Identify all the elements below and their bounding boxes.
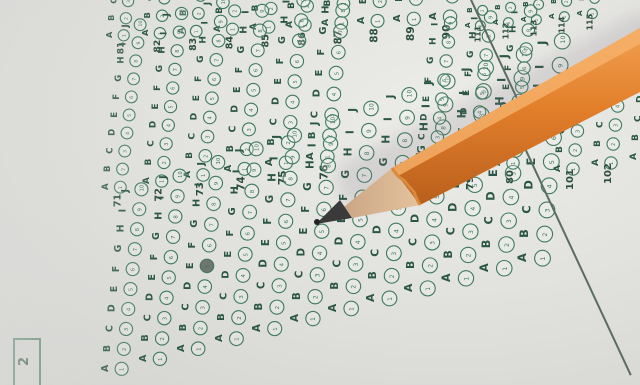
svg-text:C: C <box>595 121 605 128</box>
svg-text:A: A <box>327 303 339 312</box>
svg-text:7: 7 <box>171 236 177 239</box>
svg-text:F: F <box>194 76 204 82</box>
svg-text:4: 4 <box>203 285 209 289</box>
svg-text:6: 6 <box>129 96 135 99</box>
svg-text:9: 9 <box>489 16 495 19</box>
svg-text:I: I <box>345 130 357 134</box>
svg-text:79: 79 <box>465 176 476 190</box>
svg-text:9: 9 <box>177 31 183 34</box>
svg-text:B: B <box>291 292 303 300</box>
svg-text:B: B <box>103 165 113 172</box>
svg-text:A: A <box>100 364 111 372</box>
svg-text:2: 2 <box>122 348 128 351</box>
svg-text:2: 2 <box>120 168 126 171</box>
svg-text:F: F <box>153 85 163 91</box>
svg-text:8: 8 <box>299 19 305 23</box>
svg-text:2: 2 <box>196 12 202 15</box>
svg-text:88: 88 <box>369 28 381 42</box>
svg-text:F: F <box>112 94 122 100</box>
svg-text:3: 3 <box>164 143 170 146</box>
svg-text:G: G <box>196 55 206 62</box>
page-number: 2 <box>17 357 32 366</box>
svg-text:84: 84 <box>224 36 235 50</box>
svg-text:5: 5 <box>205 265 211 268</box>
svg-text:10: 10 <box>221 0 227 4</box>
svg-text:G: G <box>189 220 200 228</box>
svg-text:2: 2 <box>313 295 319 299</box>
svg-text:1: 1 <box>350 307 356 311</box>
svg-text:D: D <box>371 225 384 234</box>
svg-text:89: 89 <box>405 26 417 41</box>
svg-text:6: 6 <box>207 243 213 247</box>
svg-text:G: G <box>227 207 238 215</box>
svg-text:A: A <box>305 152 316 160</box>
svg-text:10: 10 <box>140 185 146 192</box>
svg-text:1: 1 <box>194 30 200 33</box>
svg-text:2: 2 <box>504 243 511 247</box>
svg-text:B: B <box>307 132 318 140</box>
svg-text:1: 1 <box>118 186 124 189</box>
svg-text:4: 4 <box>332 92 338 96</box>
svg-text:B: B <box>140 334 151 341</box>
svg-text:H: H <box>115 224 126 232</box>
svg-text:J: J <box>535 41 549 46</box>
svg-text:3: 3 <box>239 295 245 299</box>
svg-text:5: 5 <box>440 98 446 101</box>
svg-text:H: H <box>229 186 240 194</box>
svg-text:78: 78 <box>425 182 436 196</box>
svg-text:A: A <box>440 273 453 282</box>
svg-text:F: F <box>504 65 514 71</box>
svg-text:5: 5 <box>251 89 257 92</box>
svg-text:6: 6 <box>337 50 343 54</box>
svg-text:1: 1 <box>471 168 477 171</box>
svg-text:G: G <box>466 51 476 58</box>
svg-text:8: 8 <box>341 9 347 13</box>
svg-text:C: C <box>406 238 419 246</box>
svg-text:6: 6 <box>171 87 177 90</box>
svg-text:115: 115 <box>585 13 594 30</box>
svg-text:J: J <box>196 162 207 167</box>
svg-text:C: C <box>218 292 229 299</box>
svg-text:A: A <box>428 12 439 20</box>
svg-text:1: 1 <box>425 287 432 291</box>
svg-text:3: 3 <box>201 305 207 309</box>
svg-text:C: C <box>146 140 156 146</box>
svg-text:A: A <box>364 293 377 302</box>
page-number-box: 2 <box>13 338 41 385</box>
svg-text:4: 4 <box>125 132 131 135</box>
svg-text:3: 3 <box>613 124 619 127</box>
svg-text:4: 4 <box>291 100 297 104</box>
svg-text:4: 4 <box>470 207 477 211</box>
svg-text:E: E <box>185 262 196 269</box>
svg-text:5: 5 <box>320 229 326 233</box>
svg-text:2: 2 <box>203 155 209 158</box>
svg-text:H: H <box>116 56 126 63</box>
svg-text:71: 71 <box>112 194 123 207</box>
svg-text:I: I <box>232 170 243 174</box>
svg-text:10: 10 <box>180 9 186 15</box>
svg-text:B: B <box>593 140 603 147</box>
svg-text:G: G <box>265 195 276 203</box>
svg-text:I: I <box>241 10 252 13</box>
svg-text:C: C <box>256 282 267 289</box>
svg-text:B: B <box>631 134 640 141</box>
svg-text:G: G <box>426 57 436 64</box>
svg-text:J: J <box>272 135 283 140</box>
svg-text:D: D <box>447 203 460 212</box>
svg-text:H: H <box>320 5 331 13</box>
svg-text:4: 4 <box>318 251 324 255</box>
svg-text:A: A <box>104 31 114 38</box>
svg-text:J: J <box>162 13 172 17</box>
svg-text:B: B <box>442 250 455 258</box>
svg-text:6: 6 <box>442 79 448 82</box>
svg-text:A: A <box>101 183 111 190</box>
svg-text:E: E <box>487 169 500 177</box>
svg-text:9: 9 <box>449 22 455 25</box>
svg-text:2: 2 <box>237 316 243 320</box>
svg-text:1: 1 <box>387 297 394 301</box>
svg-text:8: 8 <box>173 215 179 219</box>
svg-text:D: D <box>221 270 232 278</box>
svg-text:8: 8 <box>250 189 256 193</box>
svg-text:4: 4 <box>241 274 247 278</box>
svg-text:7: 7 <box>484 54 490 57</box>
svg-text:2: 2 <box>199 327 205 330</box>
svg-text:5: 5 <box>396 206 403 210</box>
svg-text:1: 1 <box>201 174 207 177</box>
svg-text:7: 7 <box>210 223 216 226</box>
svg-text:1: 1 <box>230 28 236 31</box>
svg-text:7: 7 <box>324 186 330 190</box>
svg-text:5: 5 <box>243 253 249 257</box>
svg-text:C: C <box>268 118 279 125</box>
svg-text:H: H <box>238 26 249 34</box>
svg-text:5: 5 <box>169 105 175 108</box>
svg-text:F: F <box>275 58 286 65</box>
svg-text:1: 1 <box>376 20 382 23</box>
svg-text:E: E <box>449 181 462 189</box>
svg-text:I: I <box>307 143 319 147</box>
svg-text:I: I <box>156 196 167 200</box>
svg-text:80: 80 <box>505 170 516 184</box>
svg-text:F: F <box>187 242 198 249</box>
svg-text:E: E <box>422 96 432 102</box>
svg-text:B: B <box>549 0 558 4</box>
svg-text:E: E <box>192 95 202 101</box>
svg-text:C: C <box>144 0 154 1</box>
svg-text:2: 2 <box>414 0 420 1</box>
svg-text:3: 3 <box>354 262 360 266</box>
svg-text:B: B <box>577 0 586 1</box>
svg-text:5: 5 <box>618 86 624 89</box>
svg-text:112: 112 <box>501 23 510 40</box>
svg-text:I: I <box>270 156 281 160</box>
svg-text:F: F <box>263 218 274 225</box>
svg-text:E: E <box>261 239 272 246</box>
svg-text:A: A <box>515 253 529 262</box>
svg-text:3: 3 <box>277 284 283 288</box>
svg-text:4: 4 <box>616 105 622 108</box>
svg-text:E: E <box>411 193 424 200</box>
svg-text:5: 5 <box>129 288 135 291</box>
svg-text:102: 102 <box>603 163 614 184</box>
svg-text:1: 1 <box>273 327 279 331</box>
svg-text:G: G <box>155 65 165 72</box>
svg-text:1: 1 <box>412 18 418 21</box>
svg-text:C: C <box>444 227 457 235</box>
svg-text:2: 2 <box>542 233 549 237</box>
svg-text:6: 6 <box>322 208 328 212</box>
svg-text:H: H <box>191 199 202 207</box>
svg-text:7: 7 <box>286 198 292 202</box>
svg-text:8: 8 <box>135 228 141 231</box>
svg-text:C: C <box>368 249 381 257</box>
svg-text:C: C <box>105 148 115 154</box>
svg-text:C: C <box>108 0 118 4</box>
svg-text:6: 6 <box>169 255 175 259</box>
svg-text:10: 10 <box>216 157 222 164</box>
svg-text:A: A <box>575 10 584 16</box>
svg-text:1: 1 <box>502 267 509 271</box>
svg-text:E: E <box>314 69 325 76</box>
svg-text:E: E <box>109 286 120 292</box>
svg-text:G: G <box>277 36 288 44</box>
svg-text:5: 5 <box>282 241 288 245</box>
svg-text:A: A <box>629 153 639 160</box>
svg-text:D: D <box>522 180 536 189</box>
svg-text:10: 10 <box>293 130 299 138</box>
svg-text:E: E <box>151 103 161 109</box>
svg-text:4: 4 <box>547 184 554 188</box>
svg-text:F: F <box>424 77 434 83</box>
svg-text:3: 3 <box>316 273 322 277</box>
svg-text:9: 9 <box>367 129 373 133</box>
svg-text:6: 6 <box>254 69 260 72</box>
svg-text:2: 2 <box>160 337 166 340</box>
svg-text:B: B <box>102 345 113 352</box>
svg-text:H: H <box>279 16 290 24</box>
svg-text:F: F <box>300 206 312 213</box>
svg-text:8: 8 <box>288 177 294 181</box>
svg-text:A: A <box>553 165 563 172</box>
svg-text:2: 2 <box>352 285 358 289</box>
svg-text:D: D <box>145 293 156 301</box>
svg-text:1: 1 <box>160 180 166 183</box>
svg-text:G: G <box>236 46 247 54</box>
svg-text:111: 111 <box>473 25 482 42</box>
svg-text:G: G <box>113 244 124 252</box>
svg-text:9: 9 <box>214 181 220 185</box>
svg-text:I: I <box>160 32 170 35</box>
svg-text:4: 4 <box>280 262 286 266</box>
svg-text:3: 3 <box>206 135 212 138</box>
svg-text:7: 7 <box>173 68 179 71</box>
svg-text:D: D <box>312 89 323 97</box>
svg-text:E: E <box>147 274 158 281</box>
svg-text:D: D <box>409 214 422 223</box>
svg-text:A: A <box>392 14 403 22</box>
svg-text:F: F <box>225 230 236 237</box>
svg-text:5: 5 <box>167 276 173 279</box>
svg-text:H: H <box>342 148 354 157</box>
svg-text:2: 2 <box>611 143 617 146</box>
svg-text:J: J <box>384 95 397 100</box>
svg-text:D: D <box>334 236 346 245</box>
svg-text:H: H <box>428 37 438 45</box>
svg-text:9: 9 <box>136 42 142 45</box>
svg-text:4: 4 <box>356 240 362 244</box>
svg-text:E: E <box>373 204 386 211</box>
svg-text:7: 7 <box>256 49 262 52</box>
svg-text:I: I <box>201 21 211 24</box>
svg-text:9: 9 <box>404 116 411 120</box>
svg-text:10: 10 <box>138 21 144 27</box>
svg-text:3: 3 <box>124 328 130 331</box>
svg-text:3: 3 <box>288 121 294 124</box>
svg-text:4: 4 <box>393 229 400 233</box>
svg-text:J: J <box>498 54 511 59</box>
svg-text:5: 5 <box>334 71 340 75</box>
svg-text:1: 1 <box>235 337 241 341</box>
svg-text:B: B <box>493 4 502 9</box>
svg-text:G: G <box>114 75 124 82</box>
svg-text:A: A <box>252 324 263 332</box>
svg-text:A: A <box>591 159 601 166</box>
svg-text:A: A <box>138 354 149 362</box>
svg-text:9: 9 <box>176 194 182 198</box>
svg-text:2: 2 <box>573 149 579 152</box>
answer-sheet-photo: A1B2C381A1B2C382A1B2C383A1B2C384A1B2C385… <box>0 0 640 385</box>
svg-text:D: D <box>230 105 241 113</box>
svg-text:C: C <box>104 325 115 332</box>
svg-text:A: A <box>547 13 556 19</box>
svg-text:A: A <box>478 263 491 272</box>
svg-text:C: C <box>557 127 567 134</box>
svg-text:H: H <box>198 36 208 44</box>
svg-text:2: 2 <box>389 274 396 278</box>
svg-text:6: 6 <box>551 136 558 140</box>
svg-text:A: A <box>453 165 463 172</box>
svg-text:D: D <box>636 96 640 103</box>
svg-text:F: F <box>316 49 327 56</box>
svg-text:2: 2 <box>466 253 473 257</box>
svg-text:B: B <box>178 324 189 331</box>
svg-text:A: A <box>463 22 472 28</box>
svg-text:H: H <box>267 173 278 182</box>
svg-text:F: F <box>526 134 540 142</box>
svg-text:E: E <box>298 228 310 235</box>
svg-text:4: 4 <box>508 196 515 200</box>
svg-text:E: E <box>462 90 472 96</box>
svg-text:F: F <box>149 254 160 261</box>
svg-text:J: J <box>203 2 213 6</box>
svg-text:I: I <box>118 209 129 213</box>
svg-text:1: 1 <box>431 174 437 177</box>
svg-text:7: 7 <box>131 78 137 81</box>
svg-text:I: I <box>431 23 441 26</box>
svg-text:B: B <box>142 12 152 18</box>
svg-text:1: 1 <box>196 347 202 350</box>
svg-text:A: A <box>493 159 503 166</box>
svg-text:1: 1 <box>158 358 164 361</box>
svg-text:2: 2 <box>124 17 130 20</box>
svg-text:101: 101 <box>565 169 576 190</box>
svg-text:2: 2 <box>275 305 281 309</box>
svg-text:B: B <box>144 158 154 165</box>
svg-text:I: I <box>119 42 129 45</box>
svg-text:3: 3 <box>247 128 253 131</box>
svg-text:J: J <box>121 24 131 28</box>
svg-text:8: 8 <box>175 50 181 53</box>
svg-text:B: B <box>521 1 530 6</box>
svg-text:B: B <box>517 229 531 238</box>
svg-text:D: D <box>296 247 308 256</box>
svg-text:C: C <box>187 133 197 140</box>
svg-text:1: 1 <box>511 162 517 165</box>
svg-text:B: B <box>329 282 341 290</box>
svg-text:5: 5 <box>127 114 133 117</box>
svg-text:E: E <box>273 78 284 85</box>
svg-text:8: 8 <box>134 60 140 63</box>
svg-text:1: 1 <box>463 277 470 281</box>
svg-text:D: D <box>485 191 498 200</box>
svg-text:4: 4 <box>432 218 439 222</box>
svg-text:1: 1 <box>122 34 128 37</box>
svg-text:8: 8 <box>212 202 218 206</box>
svg-text:J: J <box>158 175 169 180</box>
svg-text:3: 3 <box>126 0 132 3</box>
svg-text:G: G <box>302 182 314 191</box>
svg-text:J: J <box>347 108 359 113</box>
svg-text:B: B <box>216 313 227 321</box>
svg-text:113: 113 <box>529 20 538 37</box>
svg-text:C: C <box>633 115 640 122</box>
svg-text:9: 9 <box>529 10 535 13</box>
svg-text:7: 7 <box>444 60 450 63</box>
svg-text:F: F <box>111 266 122 272</box>
svg-text:4: 4 <box>165 296 171 300</box>
svg-text:B: B <box>106 15 116 21</box>
svg-text:4: 4 <box>578 111 584 114</box>
svg-text:H: H <box>153 212 164 220</box>
svg-text:I: I <box>194 183 205 187</box>
svg-text:E: E <box>336 216 348 223</box>
svg-text:E: E <box>110 112 120 118</box>
svg-text:D: D <box>271 97 282 105</box>
svg-text:D: D <box>190 112 200 120</box>
svg-text:B: B <box>358 0 369 4</box>
svg-text:D: D <box>259 259 270 267</box>
svg-text:1: 1 <box>540 257 547 261</box>
svg-text:4: 4 <box>208 116 214 119</box>
svg-text:6: 6 <box>284 220 290 224</box>
svg-text:9: 9 <box>291 155 297 159</box>
svg-text:B: B <box>394 0 405 2</box>
svg-text:A: A <box>320 18 331 26</box>
svg-text:9: 9 <box>252 168 258 172</box>
svg-text:9: 9 <box>260 10 266 13</box>
svg-text:2: 2 <box>378 0 384 3</box>
svg-text:10: 10 <box>254 144 260 152</box>
svg-text:7: 7 <box>133 248 139 251</box>
svg-text:D: D <box>107 304 118 312</box>
svg-text:A: A <box>402 283 415 292</box>
svg-text:J: J <box>120 189 131 194</box>
svg-text:B: B <box>555 146 565 153</box>
